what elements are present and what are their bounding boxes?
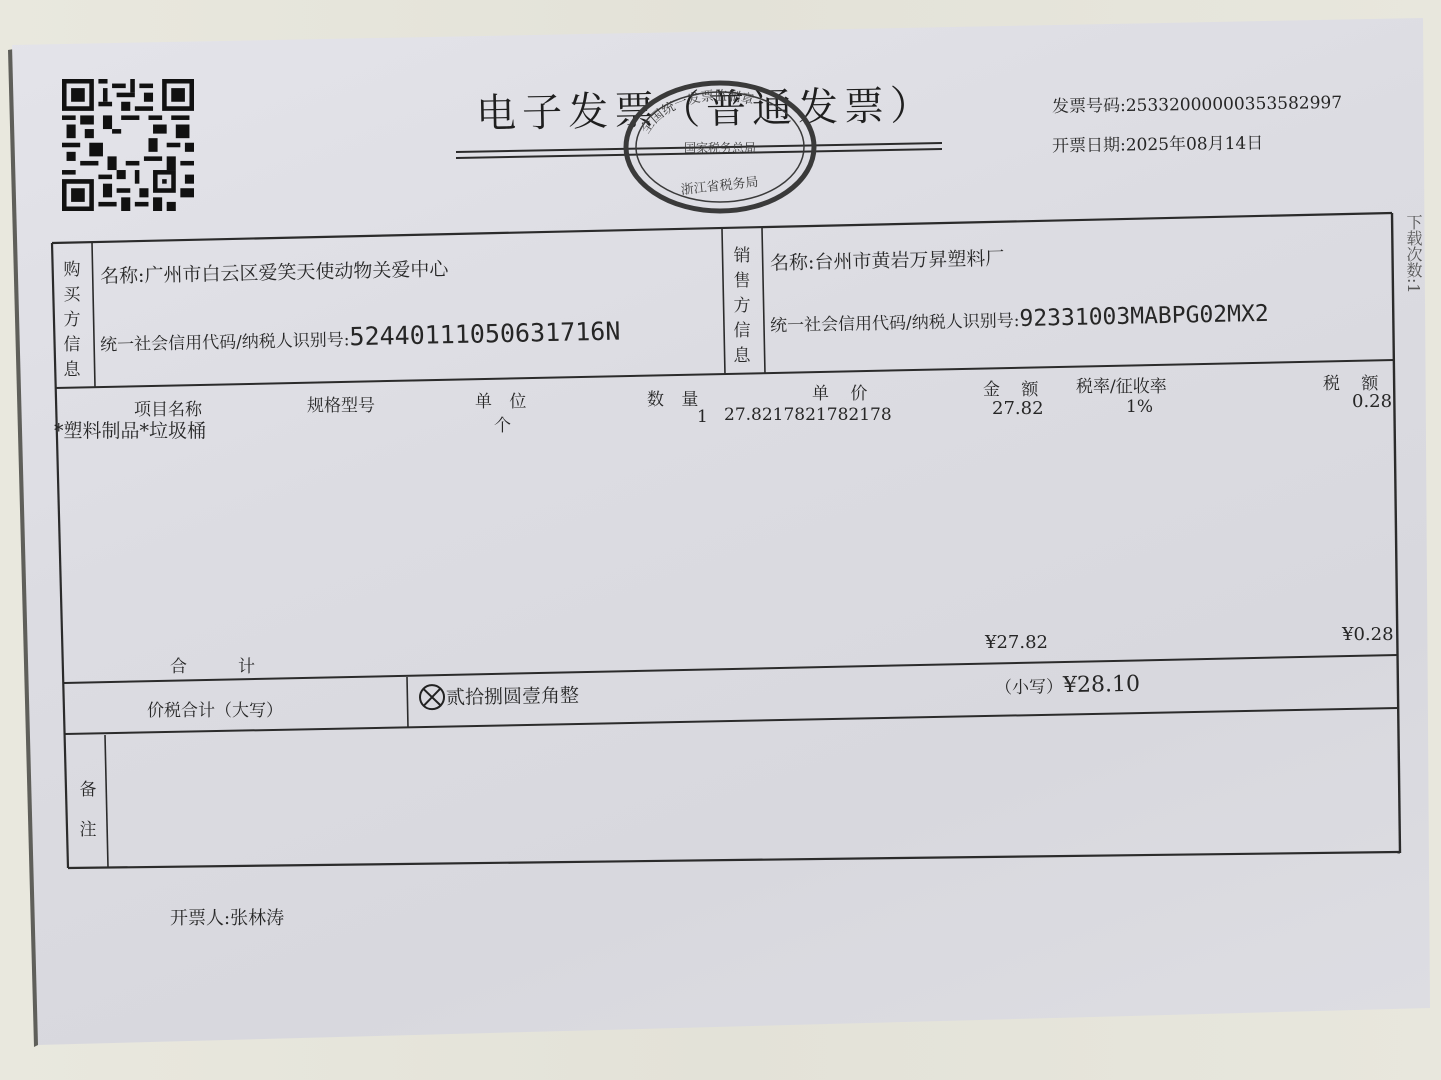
col-header-spec: 规格型号 <box>307 391 375 416</box>
buyer-name-label: 名称: <box>100 265 145 288</box>
stamp-top-text: 全国统一发票监制章 <box>638 88 755 137</box>
remarks-label: 备注 <box>78 770 98 850</box>
col-header-unit-price: 单 价 <box>812 379 875 404</box>
item-tax: 0.28 <box>1352 391 1392 412</box>
col-header-quantity: 数 量 <box>647 385 704 410</box>
stamp-middle-text: 国家税务总局 <box>684 140 756 155</box>
invoice-number: 25332000000353582997 <box>1126 93 1343 116</box>
col-header-tax-rate: 税率/征收率 <box>1076 372 1167 397</box>
item-tax-rate: 1% <box>1126 397 1153 417</box>
total-label: 合 计 <box>170 652 255 677</box>
item-quantity: 1 <box>697 407 708 427</box>
grand-total-uppercase-row: 贰拾捌圆壹角整 <box>418 681 579 712</box>
qr-code[interactable] <box>62 78 194 212</box>
seller-tax-id-label: 统一社会信用代码/纳税人识别号: <box>770 311 1020 336</box>
total-tax: ¥0.28 <box>1342 624 1394 645</box>
item-unit: 个 <box>494 411 511 436</box>
seller-tax-id: 92331003MABPG02MX2 <box>1019 301 1269 332</box>
seller-name-label: 名称: <box>770 252 815 275</box>
issue-date: 2025年08月14日 <box>1126 134 1264 156</box>
col-header-unit: 单 位 <box>475 387 532 412</box>
download-count: 下载次数:1 <box>1402 214 1425 294</box>
grand-total-lowercase: ¥28.10 <box>1063 672 1140 698</box>
seller-name: 台州市黄岩万昇塑料厂 <box>814 248 1004 274</box>
remarks-content <box>120 750 1380 850</box>
grand-total-lowercase-label: （小写） <box>995 677 1063 698</box>
stamp-bottom-text: 浙江省税务局 <box>680 174 759 198</box>
grand-total-uppercase: 贰拾捌圆壹角整 <box>446 685 579 709</box>
item-unit-price: 27.8217821782178 <box>724 405 892 425</box>
svg-text:全国统一发票监制章: 全国统一发票监制章 <box>638 88 755 137</box>
item-name: *塑料制品*垃圾桶 <box>54 416 206 443</box>
issuer-name: 张林涛 <box>230 908 284 929</box>
invoice-number-label: 发票号码: <box>1052 96 1126 117</box>
grand-total-lowercase-row: （小写）¥28.10 <box>995 671 1140 700</box>
issuer-label: 开票人: <box>170 908 230 929</box>
col-header-amount: 金 额 <box>983 375 1046 400</box>
issue-date-label: 开票日期: <box>1052 135 1126 156</box>
buyer-tax-id: 52440111050631716N <box>349 317 620 352</box>
supervision-stamp: 全国统一发票监制章 国家税务总局 浙江省税务局 <box>622 78 818 216</box>
item-amount: 27.82 <box>992 398 1044 419</box>
seller-section-label: 销售方信息 <box>732 244 752 369</box>
invoice-number-row: 发票号码:25332000000353582997 <box>1052 88 1342 117</box>
seller-name-row: 名称:台州市黄岩万昇塑料厂 <box>770 244 1005 276</box>
total-amount: ¥27.82 <box>985 632 1048 653</box>
issue-date-row: 开票日期:2025年08月14日 <box>1052 129 1264 157</box>
buyer-tax-id-label: 统一社会信用代码/纳税人识别号: <box>100 330 350 355</box>
grand-total-label: 价税合计（大写） <box>147 696 283 721</box>
issuer-row: 开票人:张林涛 <box>170 904 284 930</box>
circle-x-icon <box>418 683 446 711</box>
buyer-section-label: 购买方信息 <box>62 258 82 383</box>
